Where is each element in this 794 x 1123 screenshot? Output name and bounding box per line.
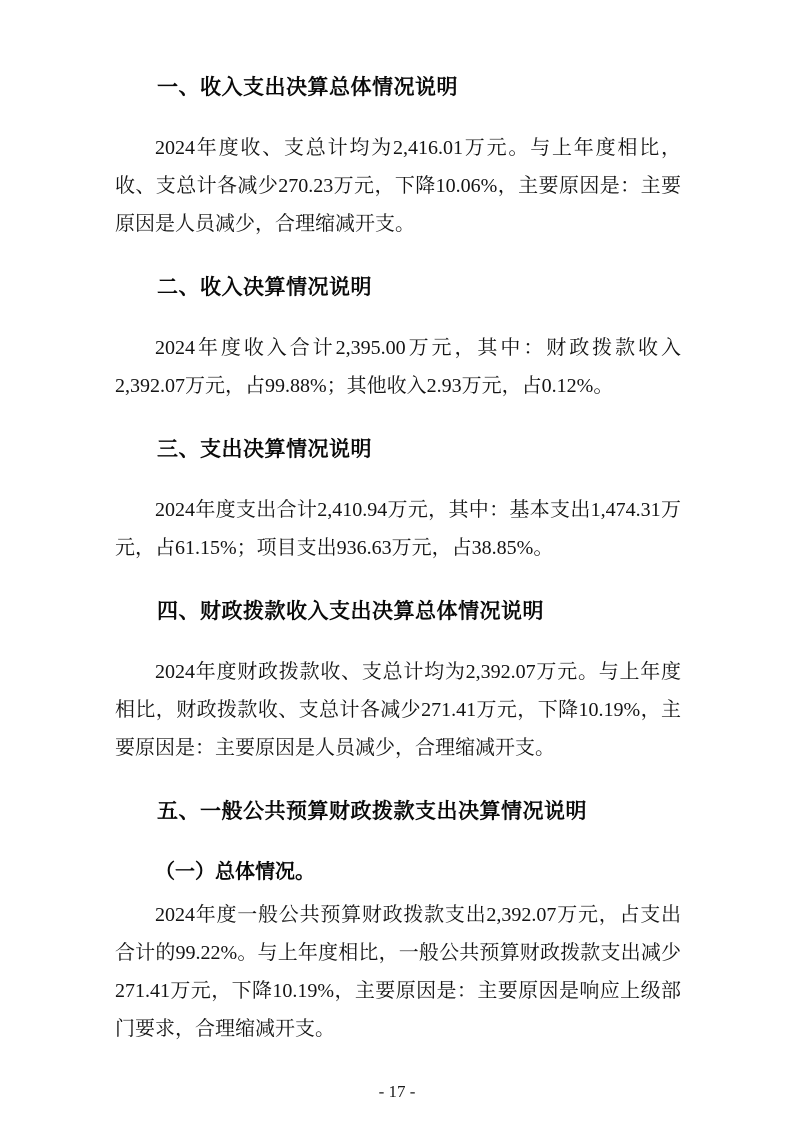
- section-income-expenditure-overview: 一、收入支出决算总体情况说明 2024年度收、支总计均为2,416.01万元。与…: [115, 69, 681, 243]
- section-general-public-budget-expenditure: 五、一般公共预算财政拨款支出决算情况说明 （一）总体情况。 2024年度一般公共…: [115, 793, 681, 1048]
- section-heading: 三、支出决算情况说明: [115, 431, 681, 469]
- body-paragraph: 2024年度一般公共预算财政拨款支出2,392.07万元，占支出合计的99.22…: [115, 896, 681, 1048]
- body-paragraph: 2024年度收入合计2,395.00万元，其中：财政拨款收入2,392.07万元…: [115, 329, 681, 405]
- section-fiscal-appropriation-overview: 四、财政拨款收入支出决算总体情况说明 2024年度财政拨款收、支总计均为2,39…: [115, 593, 681, 767]
- section-expenditure-final-accounts: 三、支出决算情况说明 2024年度支出合计2,410.94万元，其中：基本支出1…: [115, 431, 681, 567]
- section-heading: 五、一般公共预算财政拨款支出决算情况说明: [115, 793, 681, 831]
- sub-heading-overall-situation: （一）总体情况。: [115, 853, 681, 891]
- page-number: - 17 -: [0, 1082, 794, 1102]
- section-income-final-accounts: 二、收入决算情况说明 2024年度收入合计2,395.00万元，其中：财政拨款收…: [115, 269, 681, 405]
- body-paragraph: 2024年度收、支总计均为2,416.01万元。与上年度相比，收、支总计各减少2…: [115, 129, 681, 243]
- section-heading: 四、财政拨款收入支出决算总体情况说明: [115, 593, 681, 631]
- section-heading: 一、收入支出决算总体情况说明: [115, 69, 681, 107]
- body-paragraph: 2024年度支出合计2,410.94万元，其中：基本支出1,474.31万元，占…: [115, 491, 681, 567]
- section-heading: 二、收入决算情况说明: [115, 269, 681, 307]
- document-page: 一、收入支出决算总体情况说明 2024年度收、支总计均为2,416.01万元。与…: [0, 0, 794, 1123]
- body-paragraph: 2024年度财政拨款收、支总计均为2,392.07万元。与上年度相比，财政拨款收…: [115, 653, 681, 767]
